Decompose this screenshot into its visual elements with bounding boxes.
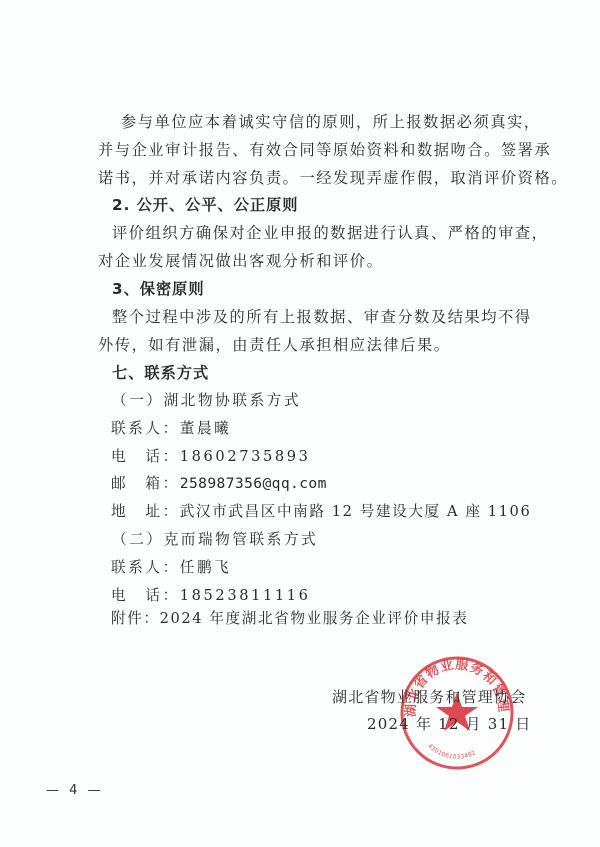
contact-keerrui-title: （二）克而瑞物管联系方式 <box>112 530 318 550</box>
address-label: 地 址： <box>111 502 180 522</box>
document-page: 参与单位应本着诚实守信的原则，所上报数据必须真实， 并与企业审计报告、有效合同等… <box>0 0 600 847</box>
paragraph-line: 整个过程中涉及的所有上报数据、审查分数及结果均不得 <box>112 307 532 327</box>
paragraph-line: 对企业发展情况做出客观分析和评价。 <box>98 251 383 271</box>
attachment-note: 附件：2024 年度湖北省物业服务企业评价申报表 <box>111 609 468 629</box>
email-address: 258987356@qq.com <box>180 475 327 492</box>
phone-label: 电 话： <box>111 447 180 467</box>
section-heading-confidentiality: 3、保密原则 <box>112 279 205 299</box>
contact-person-name: 董晨曦 <box>180 420 232 437</box>
paragraph-line: 并与企业审计报告、有效合同等原始资料和数据吻合。签署承 <box>98 140 551 160</box>
contact-keerrui-phone-row: 电 话：18523811116 <box>111 586 311 606</box>
contact-person-label: 联系人： <box>111 558 180 578</box>
paragraph-line: 参与单位应本着诚实守信的原则，所上报数据必须真实， <box>121 112 541 132</box>
email-label: 邮 箱： <box>111 474 180 494</box>
svg-text:湖北省物业服务和管理协会: 湖北省物业服务和管理协会 <box>398 654 510 717</box>
section-heading-fairness: 2. 公开、公平、公正原则 <box>112 195 299 215</box>
paragraph-line: 评价组织方确保对企业申报的数据进行认真、严格的审查， <box>112 223 548 243</box>
signature-organization: 湖北省物业服务和管理协会 <box>332 687 526 707</box>
contact-hubei-email-row: 邮 箱：258987356@qq.com <box>111 474 327 494</box>
contact-hubei-phone-row: 电 话：18602735893 <box>111 447 311 467</box>
paragraph-line: 外传，如有泄漏，由责任人承担相应法律后果。 <box>98 335 451 355</box>
contact-keerrui-person-row: 联系人：任鹏飞 <box>111 558 231 578</box>
contact-person-label: 联系人： <box>111 419 180 439</box>
paragraph-line: 诺书，并对承诺内容负责。一经发现弄虚作假，取消评价资格。 <box>98 168 568 188</box>
section-heading-contact: 七、联系方式 <box>112 363 209 383</box>
contact-person-name: 任鹏飞 <box>180 559 232 576</box>
page-number: — 4 — <box>46 783 104 798</box>
contact-hubei-address-row: 地 址：武汉市武昌区中南路 12 号建设大厦 A 座 1106 <box>111 502 531 522</box>
contact-hubei-title: （一）湖北物协联系方式 <box>112 391 301 411</box>
signature-date: 2024 年 12 月 31 日 <box>367 714 531 734</box>
svg-text:4201061033482: 4201061033482 <box>426 743 477 761</box>
official-seal-stamp: 湖北省物业服务和管理协会 4201061033482 <box>398 654 516 772</box>
phone-number: 18523811116 <box>180 587 311 604</box>
address-value: 武汉市武昌区中南路 12 号建设大厦 A 座 1106 <box>180 503 532 520</box>
contact-hubei-person-row: 联系人：董晨曦 <box>111 419 231 439</box>
phone-label: 电 话： <box>111 586 180 606</box>
phone-number: 18602735893 <box>180 448 311 465</box>
